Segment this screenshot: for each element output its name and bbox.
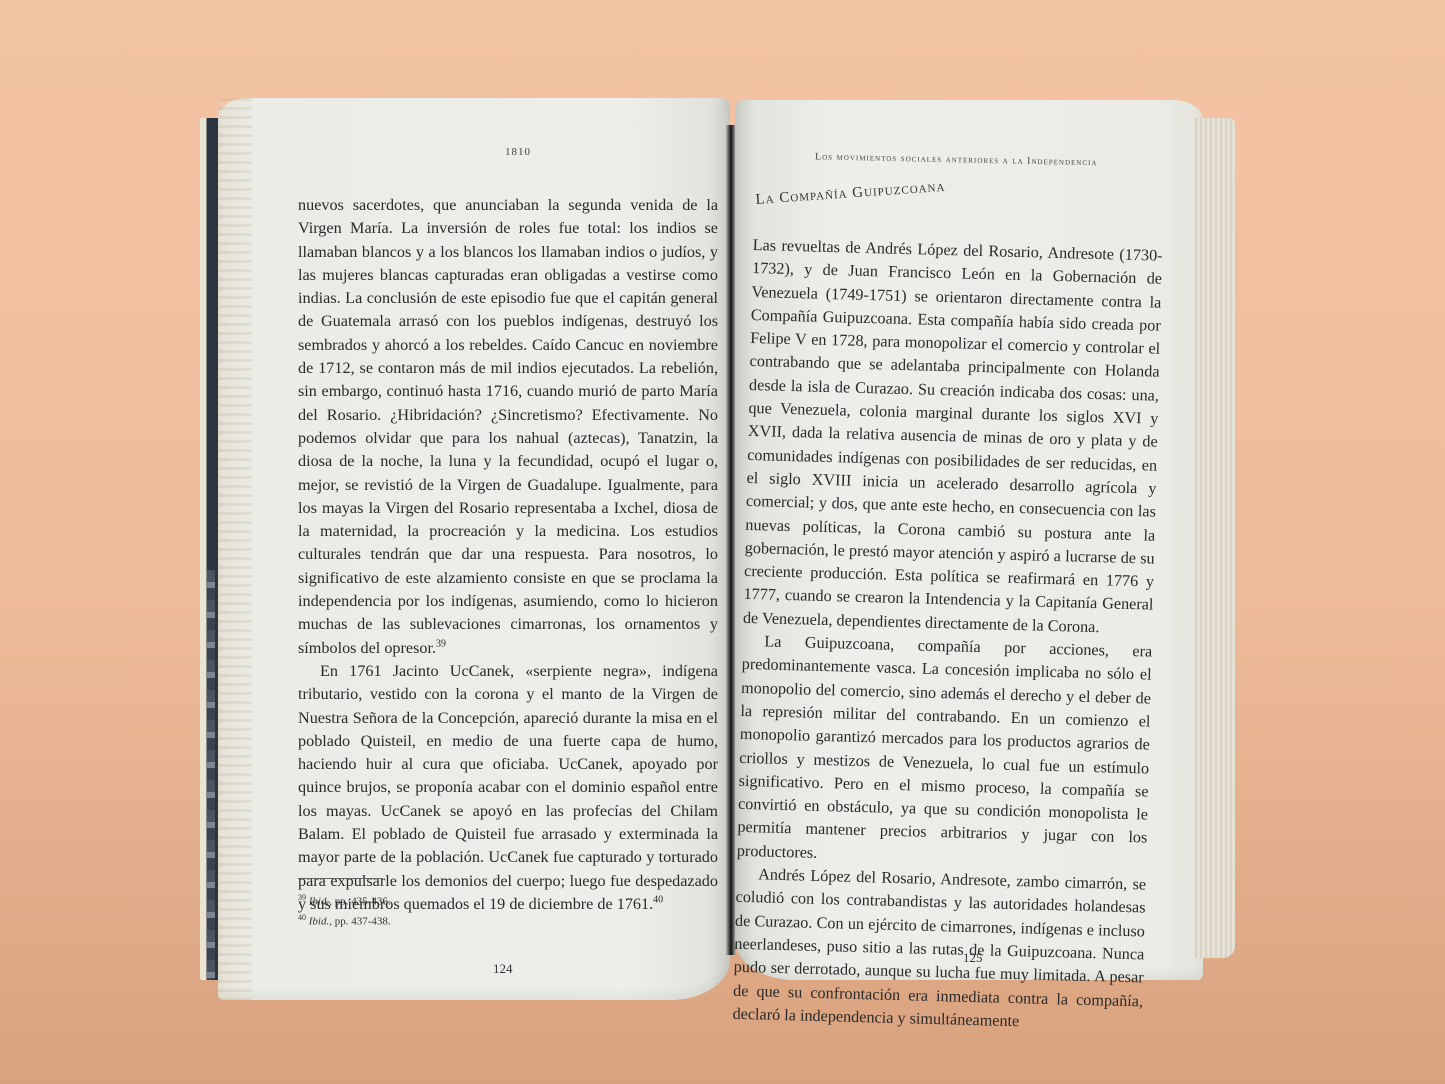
footnote-ref: 39 xyxy=(436,638,446,649)
cover-artwork-strip xyxy=(207,570,215,980)
footnote-divider xyxy=(298,878,383,879)
paragraph: La Guipuzcoana, compañía por acciones, e… xyxy=(737,630,1153,874)
page-edge-stain xyxy=(218,98,252,1000)
paragraph: Las revueltas de Andrés López del Rosari… xyxy=(743,234,1163,641)
paragraph: Andrés López del Rosario, Andresote, zam… xyxy=(732,863,1146,1037)
footnote: 40 Ibid., pp. 437-438. xyxy=(298,910,391,930)
footnote-ref: 40 xyxy=(653,895,663,906)
running-head-left: 1810 xyxy=(478,146,558,158)
page-number-left: 124 xyxy=(493,961,513,977)
page-number-right: 125 xyxy=(963,950,983,966)
section-title: La Compañía Guipuzcoana xyxy=(755,179,946,209)
paragraph: nuevos sacerdotes, que anunciaban la seg… xyxy=(298,194,718,660)
open-book: 1810 nuevos sacerdotes, que anunciaban l… xyxy=(0,0,1445,1084)
footnotes: 39 Ibid., pp. 435-436. 40 Ibid., pp. 437… xyxy=(298,890,391,929)
footnote: 39 Ibid., pp. 435-436. xyxy=(298,890,391,910)
right-page: Los movimientos sociales anteriores a la… xyxy=(735,100,1203,980)
running-head-right: Los movimientos sociales anteriores a la… xyxy=(815,151,1165,169)
left-page: 1810 nuevos sacerdotes, que anunciaban l… xyxy=(218,98,730,1000)
page-stack-edge xyxy=(1195,118,1235,958)
left-page-body: nuevos sacerdotes, que anunciaban la seg… xyxy=(298,194,718,916)
right-page-body: Las revueltas de Andrés López del Rosari… xyxy=(732,234,1163,1037)
